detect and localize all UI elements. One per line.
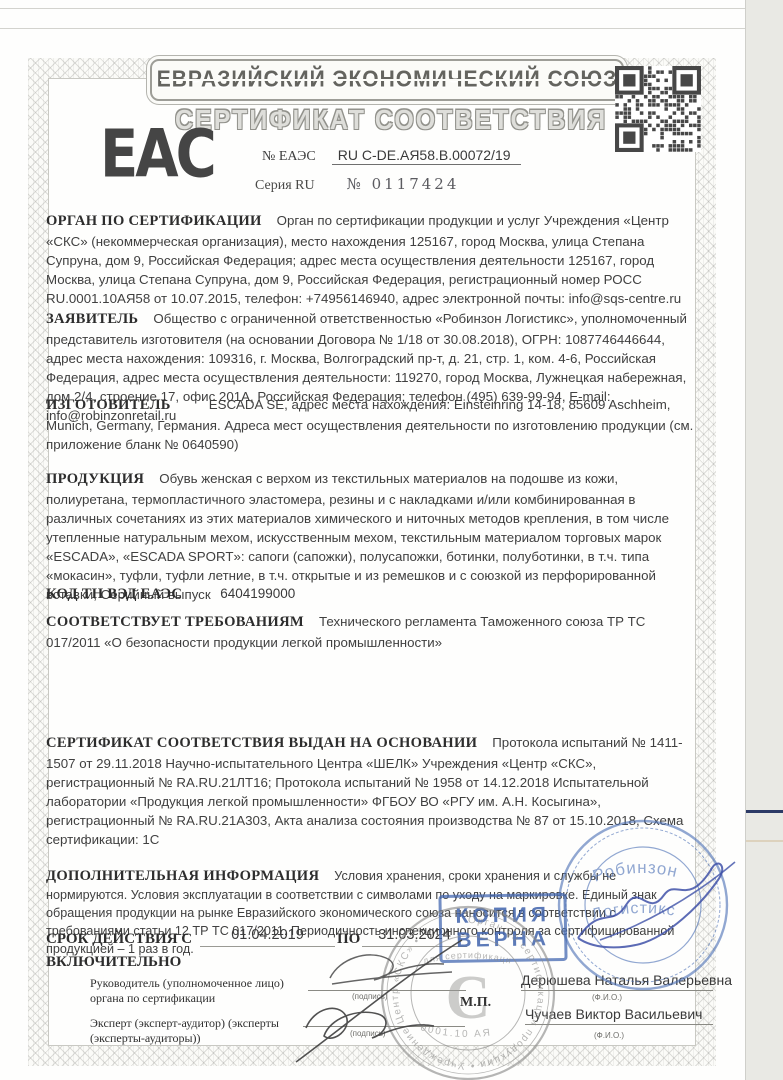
scan-artifact-line <box>0 28 745 29</box>
head-signature-line <box>308 968 466 991</box>
section-label: СЕРТИФИКАТ СООТВЕТСТВИЯ ВЫДАН НА ОСНОВАН… <box>46 735 477 751</box>
scan-artifact-line <box>0 8 745 9</box>
section-requirements: СООТВЕТСТВУЕТ ТРЕБОВАНИЯМТехнического ре… <box>46 612 698 652</box>
qr-code-icon <box>615 66 701 152</box>
tnved-code-value: 6404199000 <box>220 586 295 601</box>
section-certification-body: ОРГАН ПО СЕРТИФИКАЦИИОрган по сертификац… <box>46 211 698 308</box>
validity-to-label: ПО <box>337 931 360 948</box>
section-label: СООТВЕТСТВУЕТ ТРЕБОВАНИЯМ <box>46 614 304 630</box>
union-banner: ЕВРАЗИЙСКИЙ ЭКОНОМИЧЕСКИЙ СОЮЗ <box>150 59 624 101</box>
validity-from-date: 01.04.2019 <box>200 927 335 947</box>
signature-caption: (подпись) <box>350 1029 386 1038</box>
validity-inclusive-label: ВКЛЮЧИТЕЛЬНО <box>46 954 181 971</box>
series-label: Серия RU <box>255 178 315 193</box>
expert-role-label: Эксперт (эксперт-аудитор) (эксперты (экс… <box>90 1016 305 1046</box>
section-label: ПРОДУКЦИЯ <box>46 471 144 487</box>
head-fio-line <box>521 974 713 991</box>
expert-fio-line <box>525 1008 713 1025</box>
expert-signature-line <box>303 1004 465 1027</box>
section-tnved-code: КОД ТН ВЭД ЕАЭС6404199000 <box>46 584 698 605</box>
section-label: КОД ТН ВЭД ЕАЭС <box>46 586 182 602</box>
union-name: ЕВРАЗИЙСКИЙ ЭКОНОМИЧЕСКИЙ СОЮЗ <box>157 67 618 94</box>
scan-blue-line <box>746 810 783 813</box>
series-number: № 0117424 <box>347 175 460 193</box>
section-label: ЗАЯВИТЕЛЬ <box>46 311 138 327</box>
certificate-number-value: RU C-DE.АЯ58.В.00072/19 <box>332 147 521 165</box>
document-title: СЕРТИФИКАТ СООТВЕТСТВИЯ <box>175 105 595 137</box>
series-line: Серия RU№ 0117424 <box>255 175 459 194</box>
scan-background-band <box>745 0 783 1080</box>
section-text: Протокола испытаний № 1411-1507 от 29.11… <box>46 735 683 847</box>
head-role-label: Руководитель (уполномоченное лицо) орган… <box>90 976 305 1006</box>
eac-mark-icon: ЕАС <box>100 116 214 193</box>
scan-tan-line <box>746 840 783 842</box>
copy-stamp-line1: КОПИЯ <box>455 903 550 929</box>
certificate-page: ЕВРАЗИЙСКИЙ ЭКОНОМИЧЕСКИЙ СОЮЗ СЕРТИФИКА… <box>0 0 783 1080</box>
copy-stamp-line2: ВЕРНА <box>456 927 550 953</box>
fio-caption: (Ф.И.О.) <box>592 993 622 1002</box>
signature-caption: (подпись) <box>352 992 388 1001</box>
certificate-number-label: № ЕАЭС <box>262 149 316 164</box>
section-label: ДОПОЛНИТЕЛЬНАЯ ИНФОРМАЦИЯ <box>46 868 319 884</box>
copy-verified-stamp: КОПИЯ ВЕРНА <box>438 893 567 963</box>
section-issued-on-basis: СЕРТИФИКАТ СООТВЕТСТВИЯ ВЫДАН НА ОСНОВАН… <box>46 733 698 849</box>
section-label: ИЗГОТОВИТЕЛЬ <box>46 397 171 413</box>
section-text: Обувь женская с верхом из текстильных ма… <box>46 471 669 602</box>
section-manufacturer: ИЗГОТОВИТЕЛЬESCADA SE, адрес места нахож… <box>46 395 698 454</box>
fio-caption: (Ф.И.О.) <box>594 1031 624 1040</box>
validity-from-label: СРОК ДЕЙСТВИЯ С <box>46 931 192 948</box>
section-label: ОРГАН ПО СЕРТИФИКАЦИИ <box>46 213 262 229</box>
certificate-number-line: № ЕАЭСRU C-DE.АЯ58.В.00072/19 <box>262 147 521 165</box>
